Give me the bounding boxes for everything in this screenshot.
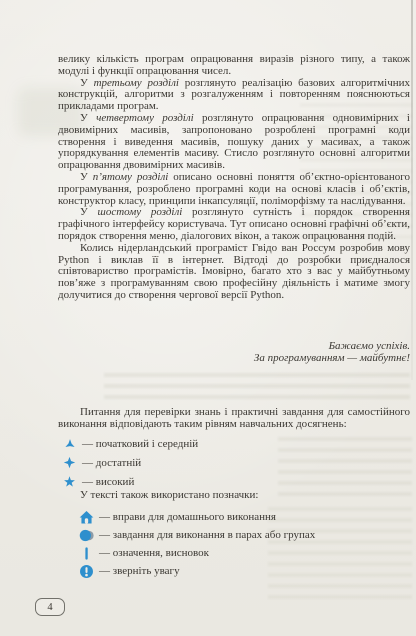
list-item-label: — високий [82, 476, 134, 488]
list-item-label: — достатній [82, 457, 141, 469]
list-item-pair-work: — завдання для виконання в парах або гру… [58, 526, 410, 544]
marks-legend: — вправи для домашнього виконання — завд… [58, 508, 410, 580]
exclamation-circle-icon [78, 564, 94, 579]
closing-line: За програмуванням — майбутнє! [58, 353, 410, 365]
book-page: велику кількість програм опрацювання вир… [0, 0, 416, 636]
page-edge-shadow [411, 0, 413, 380]
body-text: велику кількість програм опрацювання вир… [58, 54, 410, 302]
paragraph-continuation: велику кількість програм опрацювання вир… [58, 54, 410, 78]
list-item-label: — зверніть увагу [99, 565, 180, 577]
list-item-level-beginner: — початковий і середній [58, 434, 410, 453]
paragraph-chapter-4: У четвертому розділі розглянуто опрацюва… [58, 113, 410, 172]
closing-motto: Бажаємо успіхів. За програмуванням — май… [58, 341, 410, 365]
vertical-bar-icon [78, 546, 94, 561]
overlapping-circles-icon [78, 528, 94, 543]
list-item-attention: — зверніть увагу [58, 562, 410, 580]
five-point-star-icon [62, 475, 77, 488]
paragraph-python-history: Колись нідерландський програміст Гвідо в… [58, 243, 410, 302]
bleedthrough-texture [104, 366, 410, 406]
list-item-label: — початковий і середній [82, 438, 198, 450]
page-number-badge: 4 [35, 598, 65, 616]
paragraph-chapter-6: У шостому розділі розглянуто сутність і … [58, 207, 410, 242]
list-item-definition: — означення, висновок [58, 544, 410, 562]
paragraph-chapter-5: У п’ятому розділі описано основні понятт… [58, 172, 410, 207]
page-number: 4 [47, 602, 52, 613]
levels-intro: Питання для перевірки знань і практичні … [58, 407, 410, 431]
list-item-label: — означення, висновок [99, 547, 209, 559]
marks-intro: У тексті також використано позначки: [58, 489, 410, 501]
list-item-homework: — вправи для домашнього виконання [58, 508, 410, 526]
three-ray-star-icon [62, 438, 77, 450]
paragraph-chapter-3: У третьому розділі розглянуто реалізацію… [58, 78, 410, 113]
levels-legend: — початковий і середній — достатній — ви… [58, 434, 410, 491]
list-item-label: — завдання для виконання в парах або гру… [99, 529, 315, 541]
list-item-level-sufficient: — достатній [58, 453, 410, 472]
list-item-label: — вправи для домашнього виконання [99, 511, 276, 523]
house-icon [78, 510, 94, 525]
four-point-star-icon [62, 456, 77, 469]
